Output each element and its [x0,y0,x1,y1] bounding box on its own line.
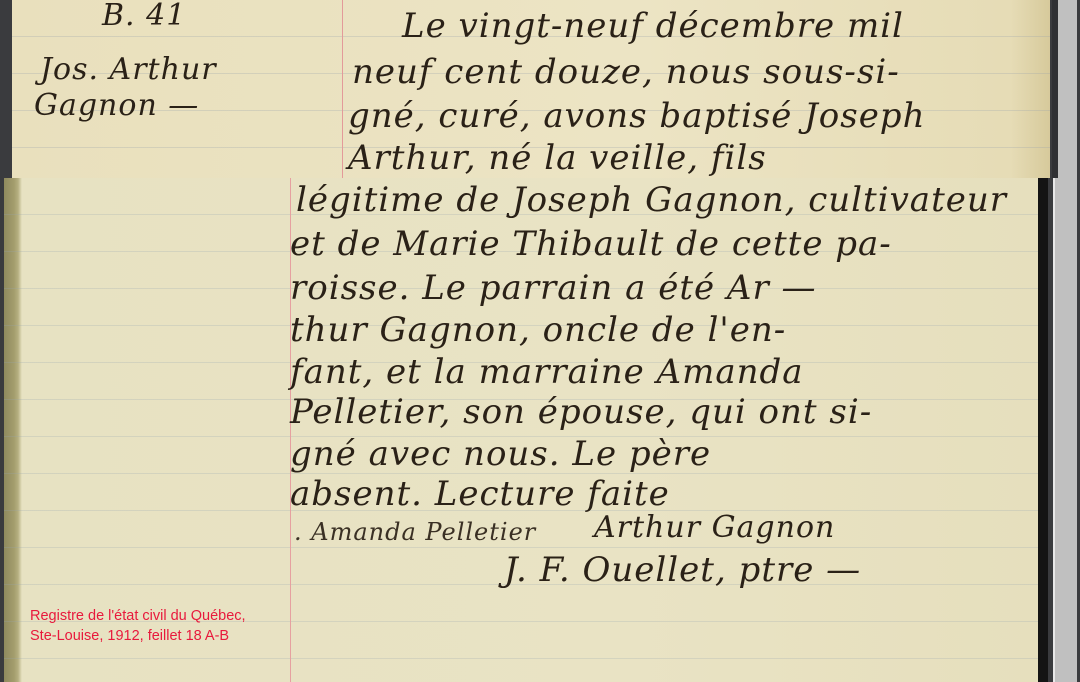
body-line: Arthur, né la veille, fils [348,138,767,178]
body-line: et de Marie Thibault de cette pa- [290,224,892,264]
signature-godfather: Arthur Gagnon [594,510,835,545]
body-line: neuf cent douze, nous sous-si- [352,52,900,92]
entry-name-line1: Jos. Arthur [40,52,217,87]
body-line: gné avec nous. Le père [290,434,711,474]
body-line: roisse. Le parrain a été Ar — [290,268,817,308]
page-edge-shadow [1052,0,1058,178]
body-line: thur Gagnon, oncle de l'en- [290,310,786,350]
signature-priest: J. F. Ouellet, ptre — [504,550,861,590]
entry-number: B. 41 [102,0,186,33]
source-caption: Registre de l'état civil du Québec, Ste-… [30,606,246,646]
caption-line2: Ste-Louise, 1912, feillet 18 A-B [30,626,246,646]
page-edge-shadow [1038,178,1048,682]
body-line: gné, curé, avons baptisé Joseph [348,96,925,136]
entry-name-line2: Gagnon — [34,88,199,123]
margin-rule [342,0,343,178]
body-line: fant, et la marraine Amanda [290,352,804,392]
body-line: légitime de Joseph Gagnon, cultivateur [296,180,1007,220]
signature-godmother: . Amanda Pelletier [294,518,536,546]
body-line: Le vingt-neuf décembre mil [402,6,904,46]
body-line: Pelletier, son épouse, qui ont si- [290,392,872,432]
body-line: absent. Lecture faite [290,474,670,514]
register-fragment-top: B. 41 Jos. Arthur Gagnon — Le vingt-neuf… [12,0,1052,178]
caption-line1: Registre de l'état civil du Québec, [30,606,246,626]
